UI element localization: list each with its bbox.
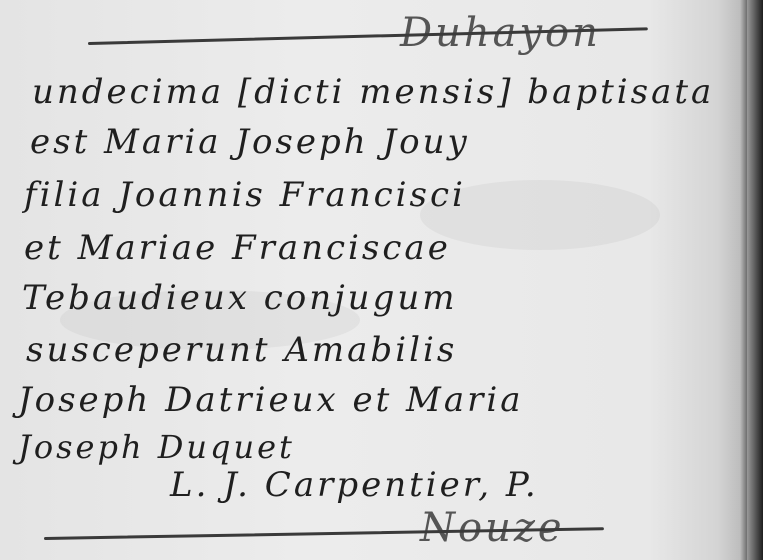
entry-line-5: Tebaudieux conjugum xyxy=(22,278,457,318)
binding-edge xyxy=(747,0,763,560)
entry-line-6: susceperunt Amabilis xyxy=(26,330,457,370)
entry-line-3: filia Joannis Francisci xyxy=(24,175,466,215)
entry-line-7: Joseph Datrieux et Maria xyxy=(18,380,524,420)
entry-line-4: et Mariae Franciscae xyxy=(24,228,451,268)
manuscript-page: Duhayon undecima [dicti mensis] baptisat… xyxy=(0,0,763,560)
entry-line-2: est Maria Joseph Jouy xyxy=(30,122,470,162)
priest-signature: L. J. Carpentier, P. xyxy=(170,465,539,505)
entry-line-1: undecima [dicti mensis] baptisata xyxy=(32,72,714,112)
entry-line-8: Joseph Duquet xyxy=(18,428,295,466)
